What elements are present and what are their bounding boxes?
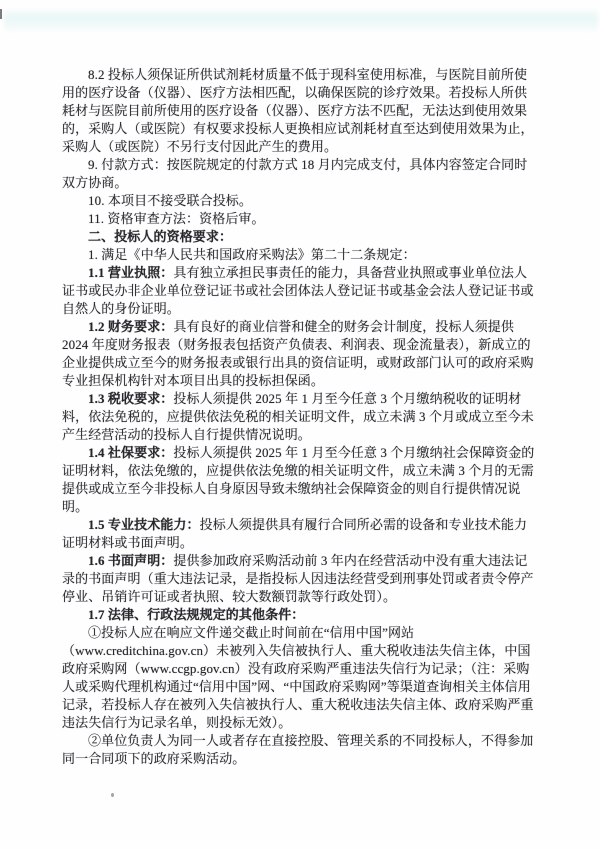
paragraph-lead-clause-1-1: 1.1 营业执照： [88, 265, 173, 280]
paragraph-clause-9: 9. 付款方式：按医院规定的付款方式 18 月内完成支付，具体内容签定合同时双方… [62, 156, 539, 192]
paragraph-lead-clause-1-3: 1.3 税收要求： [88, 391, 173, 406]
paragraph-lead-clause-1-6: 1.6 书面声明： [88, 553, 173, 568]
paragraph-clause-10: 10. 本项目不接受联合投标。 [62, 192, 539, 210]
paragraph-clause-1-2: 1.2 财务要求：具有良好的商业信誉和健全的财务会计制度，投标人须提供 2024… [62, 318, 539, 390]
scan-artifact-band [4, 9, 598, 33]
paragraph-clause-1-4: 1.4 社保要求：投标人须提供 2025 年 1 月至今任意 3 个月缴纳社会保… [62, 444, 539, 516]
paragraph-section-2-heading: 二、投标人的资格要求： [62, 228, 539, 246]
paragraph-lead-clause-1-5: 1.5 专业技术能力： [88, 517, 200, 532]
paragraph-clause-1: 1. 满足《中华人民共和国政府采购法》第二十二条规定： [62, 246, 539, 264]
paragraph-item-circled-2: ②单位负责人为同一人或者存在直接控股、管理关系的不同投标人，不得参加同一合同项下… [62, 732, 539, 768]
scan-artifact-speck [111, 793, 114, 797]
paragraph-clause-11: 11. 资格审查方法：资格后审。 [62, 210, 539, 228]
paragraph-lead-clause-1-4: 1.4 社保要求： [88, 445, 173, 460]
document-body: 8.2 投标人须保证所供试剂耗材质量不低于现科室使用标准，与医院目前所使用的医疗… [62, 66, 539, 768]
paragraph-clause-1-5: 1.5 专业技术能力：投标人须提供具有履行合同所必需的设备和专业技术能力证明材料… [62, 516, 539, 552]
scan-artifact-edge-mark [0, 9, 2, 19]
paragraph-lead-clause-1-2: 1.2 财务要求： [88, 319, 173, 334]
paragraph-clause-1-1: 1.1 营业执照：具有独立承担民事责任的能力，具备营业执照或事业单位法人证书或民… [62, 264, 539, 318]
paragraph-clause-1-7: 1.7 法律、行政法规规定的其他条件： [62, 606, 539, 624]
paragraph-item-circled-1: ①投标人应在响应文件递交截止时间前在“信用中国”网站（www.creditchi… [62, 624, 539, 732]
paragraph-clause-8-2: 8.2 投标人须保证所供试剂耗材质量不低于现科室使用标准，与医院目前所使用的医疗… [62, 66, 539, 156]
paragraph-clause-1-3: 1.3 税收要求：投标人须提供 2025 年 1 月至今任意 3 个月缴纳税收的… [62, 390, 539, 444]
paragraph-clause-1-6: 1.6 书面声明：提供参加政府采购活动前 3 年内在经营活动中没有重大违法记录的… [62, 552, 539, 606]
scanned-page: 8.2 投标人须保证所供试剂耗材质量不低于现科室使用标准，与医院目前所使用的医疗… [0, 0, 600, 850]
